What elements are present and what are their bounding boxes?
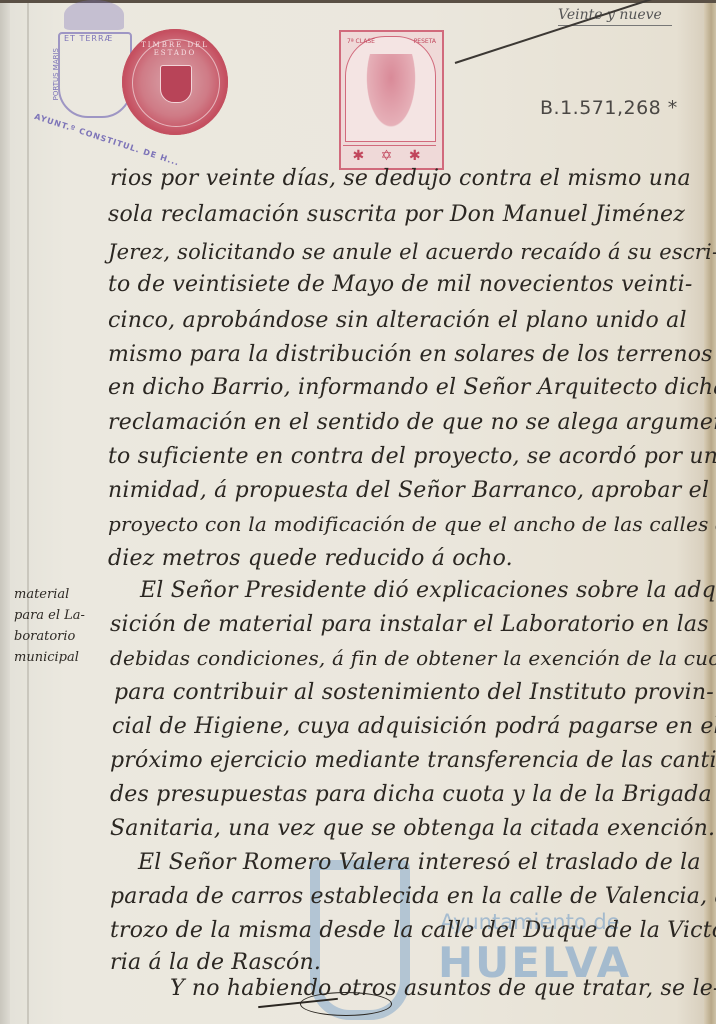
- manuscript-line: reclamación en el sentido de que no se a…: [108, 410, 716, 435]
- stamp-class-label: 7ª CLASE: [347, 38, 375, 45]
- manuscript-line: Jerez, solicitando se anule el acuerdo r…: [108, 240, 716, 264]
- margin-line: municipal: [14, 647, 114, 668]
- seal-legend: TIMBRE DEL ESTADO: [122, 41, 228, 57]
- manuscript-line: próximo ejercicio mediante transferencia…: [110, 748, 716, 773]
- manuscript-line: proyecto con la modificación de que el a…: [108, 512, 716, 536]
- manuscript-line: diez metros quede reducido á ocho.: [108, 546, 513, 571]
- book-spine: [0, 0, 10, 1024]
- margin-note: material para el La- boratorio municipal: [14, 584, 114, 668]
- serial-number: B.1.571,268 *: [540, 97, 678, 119]
- margin-line: boratorio: [14, 626, 114, 647]
- coat-of-arms-icon: [160, 65, 192, 103]
- manuscript-line: sición de material para instalar el Labo…: [110, 612, 709, 637]
- seal-motto-side: PORTUS MARIS: [52, 48, 60, 100]
- manuscript-line: cinco, aprobándose sin alteración el pla…: [108, 308, 687, 333]
- manuscript-line: cial de Higiene, cuya adquisición podrá …: [112, 714, 716, 739]
- seal-motto: ET TERRÆ: [64, 34, 113, 43]
- manuscript-line: to suficiente en contra del proyecto, se…: [108, 444, 716, 469]
- municipal-seal: ET TERRÆ PORTUS MARIS: [54, 0, 136, 120]
- manuscript-line: Y no habiendo otros asuntos de que trata…: [170, 976, 716, 1001]
- manuscript-line: des presupuestas para dicha cuota y la d…: [110, 782, 712, 807]
- manuscript-line: parada de carros establecida en la calle…: [110, 884, 716, 909]
- manuscript-line: to de veintisiete de Mayo de mil novecie…: [108, 272, 692, 297]
- manuscript-line: nimidad, á propuesta del Señor Barranco,…: [108, 478, 709, 503]
- crown-icon: [64, 0, 124, 30]
- manuscript-line: en dicho Barrio, informando el Señor Arq…: [108, 375, 716, 400]
- margin-line: material: [14, 584, 114, 605]
- star-ornament-icon: ✱ ✡ ✱: [343, 145, 436, 166]
- manuscript-line: para contribuir al sostenimiento del Ins…: [114, 680, 714, 705]
- closing-flourish-icon: [300, 992, 392, 1016]
- manuscript-line: debidas condiciones, á fin de obtener la…: [110, 646, 716, 670]
- shield-icon: [58, 32, 132, 118]
- allegorical-figure-icon: [363, 54, 419, 134]
- manuscript-line: trozo de la misma desde la calle del Duq…: [110, 918, 716, 943]
- margin-line: para el La-: [14, 605, 114, 626]
- manuscript-line: mismo para la distribución en solares de…: [108, 342, 713, 367]
- manuscript-line: El Señor Presidente dió explicaciones so…: [140, 578, 716, 603]
- fiscal-stamp: 7ª CLASE PESETA ✱ ✡ ✱: [339, 30, 444, 170]
- manuscript-line: ria á la de Rascón.: [110, 950, 321, 975]
- manuscript-line: rios por veinte días, se dedujo contra e…: [110, 166, 691, 191]
- state-seal: TIMBRE DEL ESTADO: [122, 29, 228, 135]
- stamp-value-label: PESETA: [414, 38, 436, 45]
- manuscript-line: sola reclamación suscrita por Don Manuel…: [108, 202, 685, 227]
- manuscript-line: Sanitaria, una vez que se obtenga la cit…: [110, 816, 715, 841]
- manuscript-line: El Señor Romero Valera interesó el trasl…: [138, 850, 701, 875]
- page-fold: [27, 0, 29, 1024]
